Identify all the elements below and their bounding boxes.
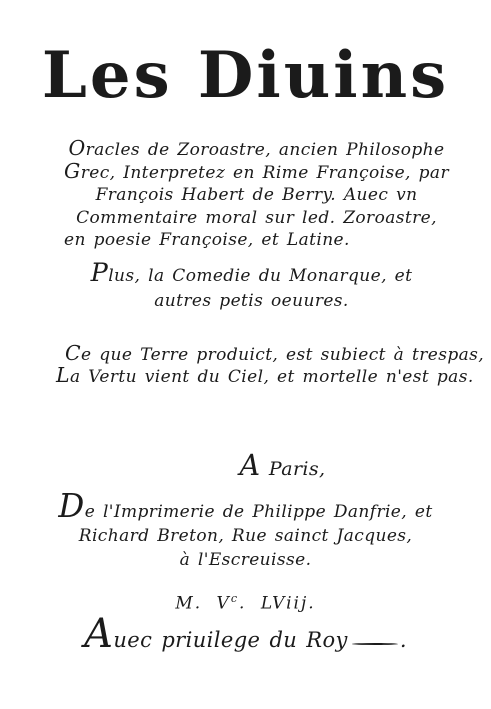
subtitle-block: Oracles de Zoroastre, ancien Philosophe … <box>58 139 455 252</box>
plus-line: autres petis oeuures. <box>40 289 463 314</box>
printer-line: Richard Breton, Rue sainct Jacques, <box>26 524 465 548</box>
verse-couplet: Ce que Terre produict, est subiect à tre… <box>56 344 471 388</box>
subtitle-line: en poesie Françoise, et Latine. <box>58 229 455 252</box>
verse-line: La Vertu vient du Ciel, et mortelle n'es… <box>56 366 471 388</box>
printer-line: à l'Escreuisse. <box>26 548 465 572</box>
privilege-text: Auec priuilege du Roy <box>84 628 348 652</box>
subtitle-line: Commentaire moral sur led. Zoroastre, <box>58 207 455 230</box>
book-title: Les Diuins <box>0 36 491 116</box>
subtitle-line: Grec, Interpretez en Rime Françoise, par <box>58 162 455 185</box>
date-superscript: c <box>231 592 239 605</box>
printer-line: De l'Imprimerie de Philippe Danfrie, et <box>26 500 465 524</box>
imprint-date: M. Vc. LViij. <box>0 592 491 614</box>
privilege-period: . <box>400 628 407 652</box>
date-suffix: . LViij. <box>239 594 316 614</box>
privilege-statement: Auec priuilege du Roy. <box>0 628 491 652</box>
date-prefix: M. V <box>175 594 231 614</box>
verse-line: Ce que Terre produict, est subiect à tre… <box>56 344 471 366</box>
plus-block: Plus, la Comedie du Monarque, et autres … <box>40 264 463 314</box>
subtitle-line: Oracles de Zoroastre, ancien Philosophe <box>58 139 455 162</box>
printer-block: De l'Imprimerie de Philippe Danfrie, et … <box>26 500 465 572</box>
subtitle-line: François Habert de Berry. Auec vn <box>58 184 455 207</box>
title-page-scan: Les Diuins Oracles de Zoroastre, ancien … <box>0 0 491 709</box>
imprint-place: A Paris, <box>74 458 491 480</box>
pen-flourish <box>352 643 398 645</box>
plus-line: Plus, la Comedie du Monarque, et <box>40 264 463 289</box>
